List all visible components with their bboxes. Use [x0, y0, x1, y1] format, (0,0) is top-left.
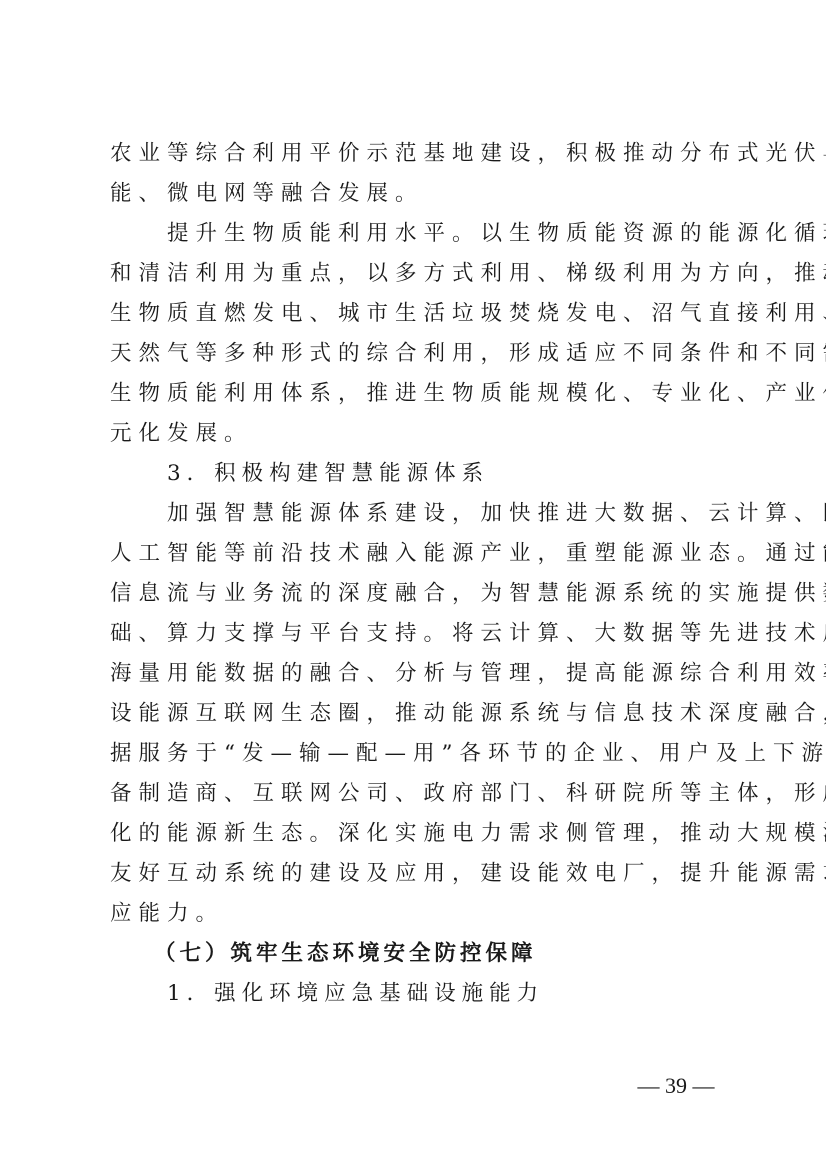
paragraph-line: 备制造商、互联网公司、政府部门、科研院所等主体，形成数字	[110, 774, 720, 814]
paragraph-line: 生物质直燃发电、城市生活垃圾焚烧发电、沼气直接利用、生物	[110, 294, 720, 334]
paragraph-line: 信息流与业务流的深度融合，为智慧能源系统的实施提供数据基	[110, 574, 720, 614]
paragraph-line: 元化发展。	[110, 414, 720, 454]
subsection-heading: 3．积极构建智慧能源体系	[110, 454, 720, 494]
document-page: 农业等综合利用平价示范基地建设，积极推动分布式光伏与储 能、微电网等融合发展。 …	[110, 134, 720, 1014]
paragraph-line: 应能力。	[110, 894, 720, 934]
paragraph-line: 友好互动系统的建设及应用，建设能效电厂，提升能源需求侧响	[110, 854, 720, 894]
paragraph-line: 生物质能利用体系，推进生物质能规模化、专业化、产业化、多	[110, 374, 720, 414]
page-number: — 39 —	[626, 1071, 726, 1101]
paragraph-line: 天然气等多种形式的综合利用，形成适应不同条件和不同需要的	[110, 334, 720, 374]
paragraph-line: 据服务于“发—输—配—用”各环节的企业、用户及上下游的设	[110, 734, 720, 774]
paragraph-line: 农业等综合利用平价示范基地建设，积极推动分布式光伏与储	[110, 134, 720, 174]
paragraph-line: 能、微电网等融合发展。	[110, 174, 720, 214]
section-heading: （七）筑牢生态环境安全防控保障	[110, 934, 720, 974]
paragraph-line: 人工智能等前沿技术融入能源产业，重塑能源业态。通过能源流、	[110, 534, 720, 574]
paragraph-line: 和清洁利用为重点，以多方式利用、梯级利用为方向，推动农林	[110, 254, 720, 294]
paragraph-line: 础、算力支撑与平台支持。将云计算、大数据等先进技术应用于	[110, 614, 720, 654]
subsection-heading: 1．强化环境应急基础设施能力	[110, 974, 720, 1014]
paragraph-line: 加强智慧能源体系建设，加快推进大数据、云计算、区块链、	[110, 494, 720, 534]
paragraph-line: 化的能源新生态。深化实施电力需求侧管理，推动大规模源网荷	[110, 814, 720, 854]
paragraph-line: 海量用能数据的融合、分析与管理，提高能源综合利用效率。建	[110, 654, 720, 694]
paragraph-line: 提升生物质能利用水平。以生物质能资源的能源化循环利用	[110, 214, 720, 254]
paragraph-line: 设能源互联网生态圈，推动能源系统与信息技术深度融合，使数	[110, 694, 720, 734]
